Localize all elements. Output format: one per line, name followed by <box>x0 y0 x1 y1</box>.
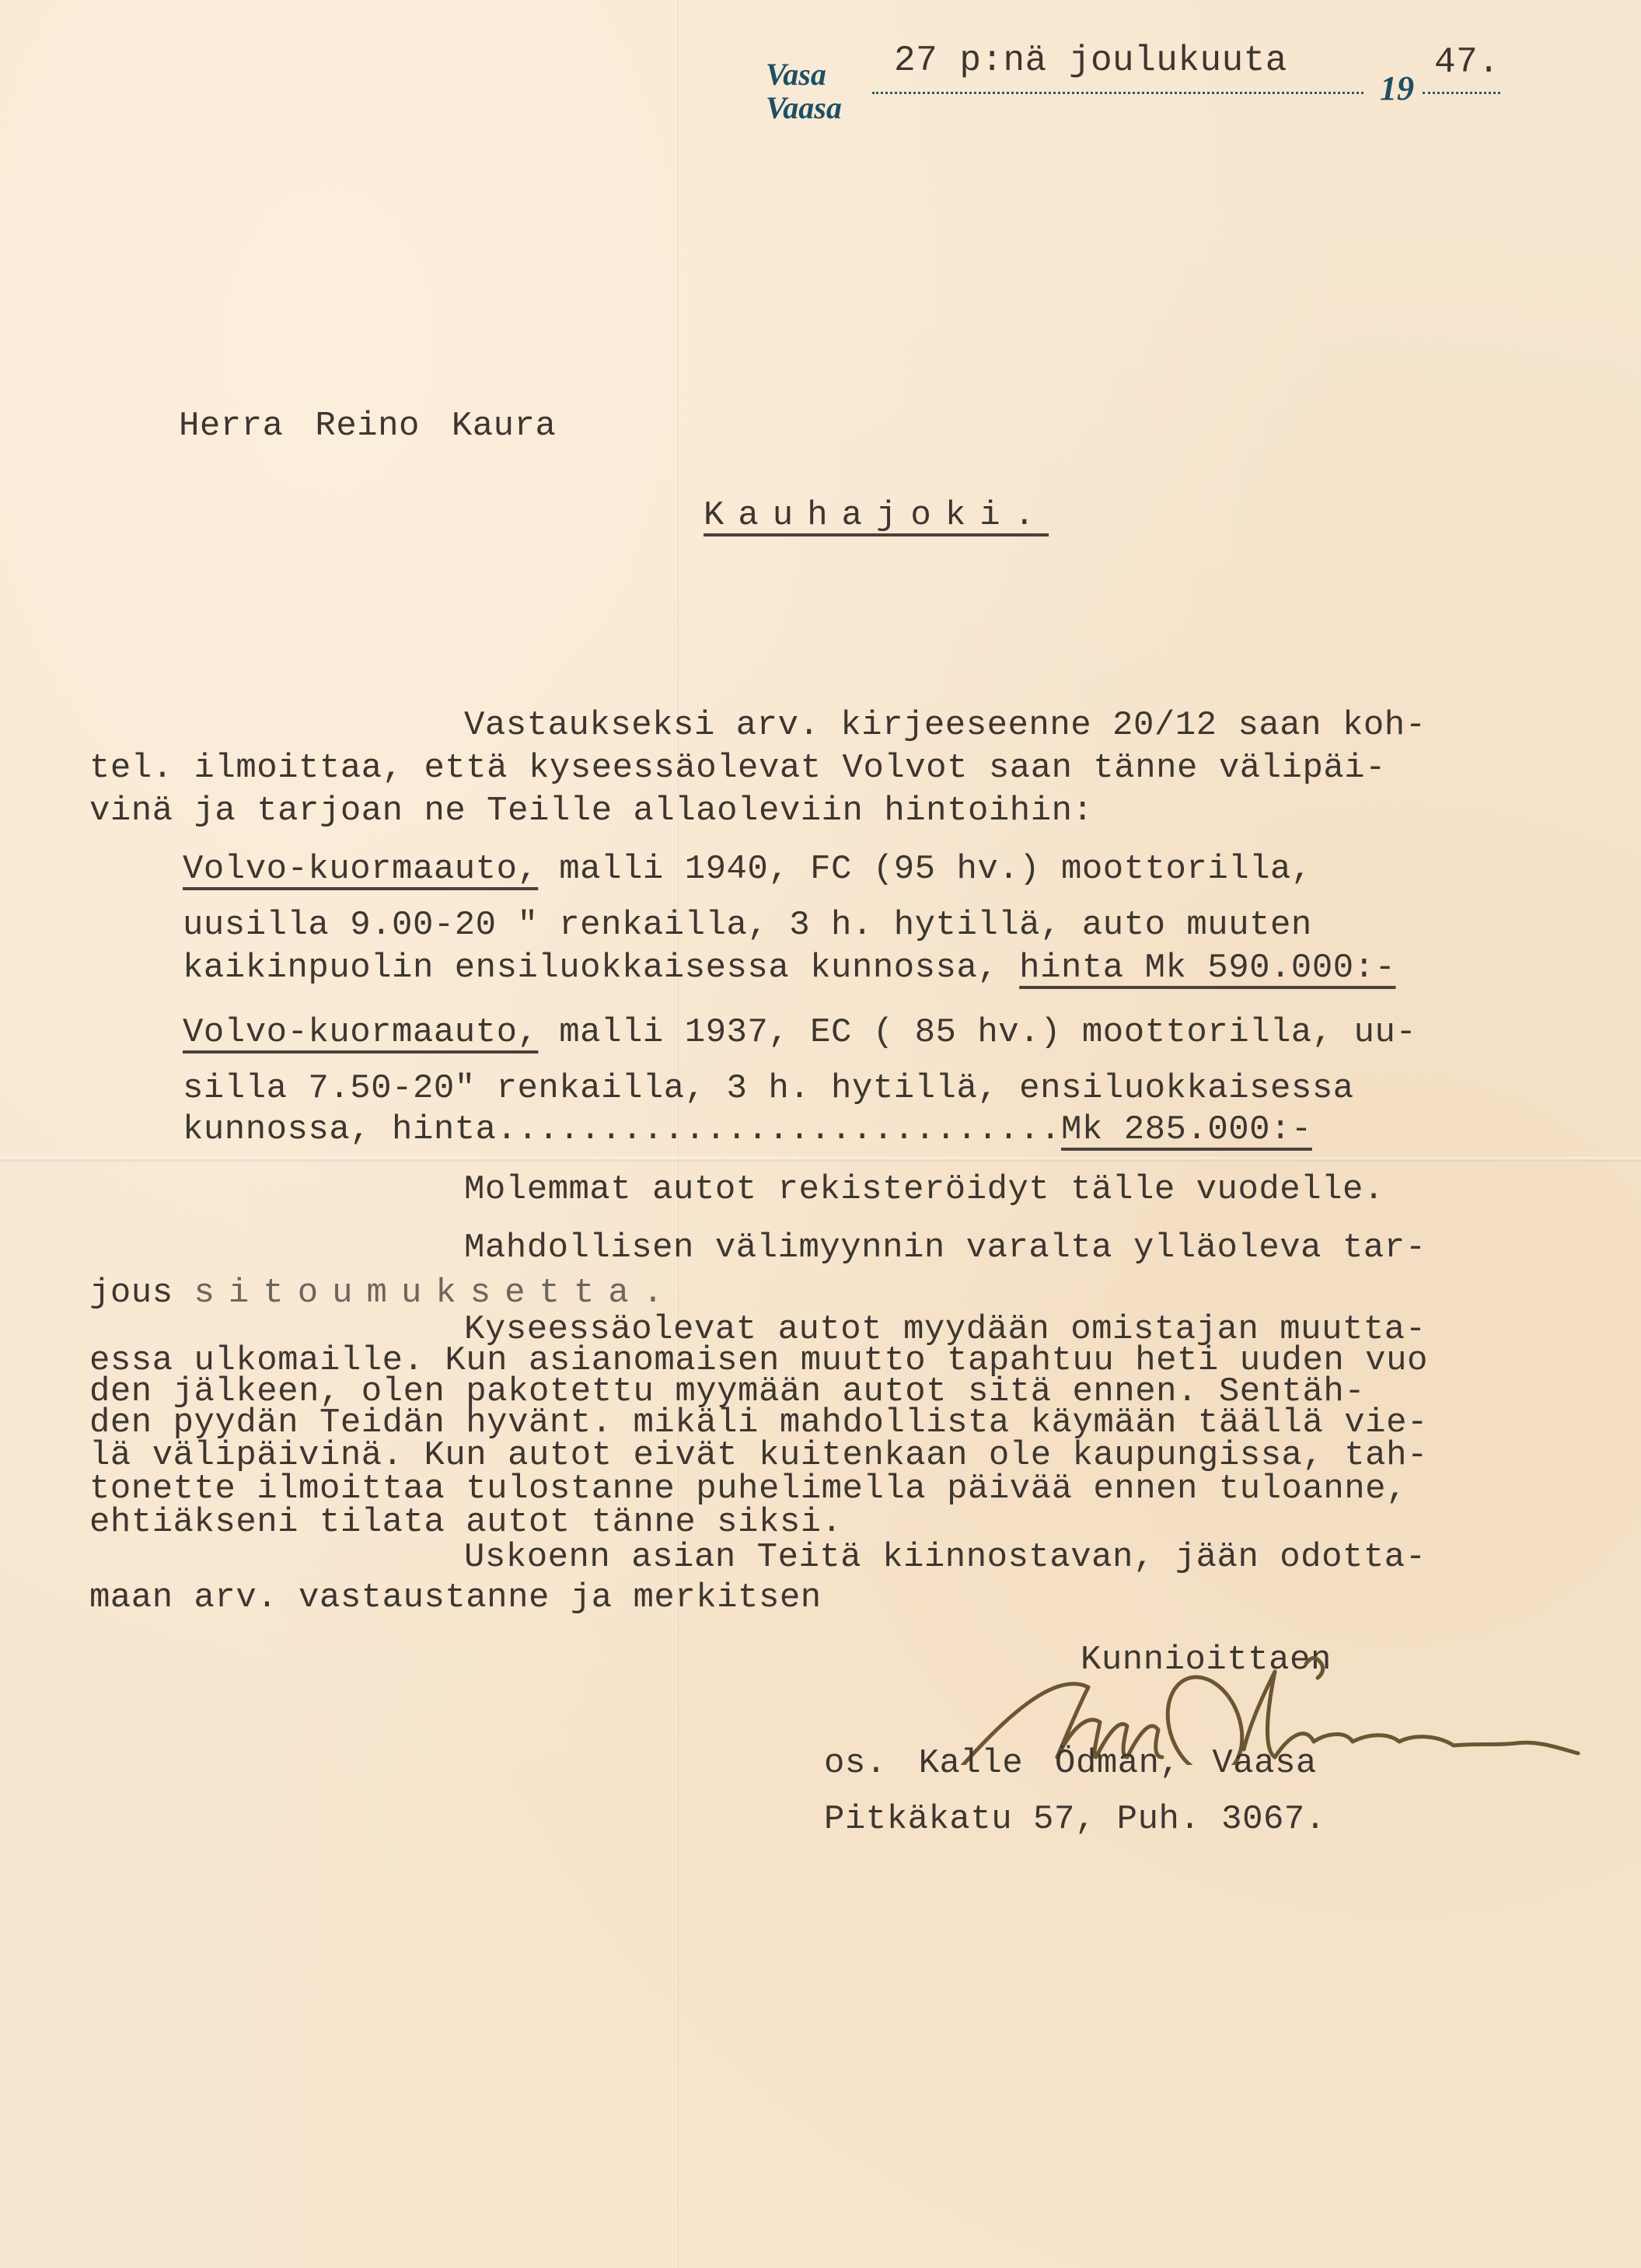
paper-fold-horizontal <box>0 1157 1641 1162</box>
sender-address-line: Pitkäkatu 57, Puh. 3067. <box>824 1800 1326 1839</box>
offer2-line-1: Volvo-kuormaauto, malli 1937, EC ( 85 hv… <box>183 1013 1416 1052</box>
offer2-line-2: silla 7.50-20" renkailla, 3 h. hytillä, … <box>183 1069 1354 1108</box>
offer2-condition: kunnossa, hinta.........................… <box>183 1110 1061 1149</box>
registration-note: Molemmat autot rekisteröidyt tälle vuode… <box>464 1170 1384 1209</box>
para-line-7: ehtiäkseni tilata autot tänne siksi. <box>89 1503 843 1542</box>
offer1-line-1: Volvo-kuormaauto, malli 1940, FC (95 hv.… <box>183 850 1312 889</box>
offer1-spec: malli 1940, FC (95 hv.) moottorilla, <box>538 850 1311 889</box>
offer2-title: Volvo-kuormaauto, <box>183 1013 538 1052</box>
sender-name-line: os. Kalle Ödman, Vaasa <box>824 1744 1317 1783</box>
date-text: 27 p:nä joulukuuta <box>894 40 1287 81</box>
offer1-line-2: uusilla 9.00-20 " renkailla, 3 h. hytill… <box>183 906 1312 945</box>
year-suffix: 47. <box>1434 42 1500 82</box>
reservation-without-commitment: sitoumuksetta. <box>194 1274 678 1312</box>
intro-line-1: Vastaukseksi arv. kirjeeseenne 20/12 saa… <box>464 706 1426 745</box>
recipient-place: Kauhajoki. <box>704 496 1049 535</box>
reservation-line-1: Mahdollisen välimyynnin varalta ylläolev… <box>464 1228 1426 1267</box>
closing-line-2: maan arv. vastaustanne ja merkitsen <box>89 1578 822 1617</box>
date-dotted-line <box>872 92 1363 94</box>
offer1-price: hinta Mk 590.000:- <box>1019 949 1395 987</box>
intro-line-3: vinä ja tarjoan ne Teille allaoleviin hi… <box>89 792 1093 830</box>
year-dotted-line <box>1423 92 1500 94</box>
year-prefix: 19 <box>1380 68 1414 108</box>
offer1-condition: kaikinpuolin ensiluokkaisessa kunnossa, <box>183 949 1019 987</box>
reservation-offer-word: jous <box>89 1274 194 1312</box>
closing-line-1: Uskoenn asian Teitä kiinnostavan, jään o… <box>464 1538 1426 1577</box>
offer1-title: Volvo-kuormaauto, <box>183 850 538 889</box>
reservation-line-2: jous sitoumuksetta. <box>89 1274 677 1312</box>
recipient-name: Herra Reino Kaura <box>179 407 556 446</box>
offer2-line-3: kunnossa, hinta.........................… <box>183 1110 1312 1149</box>
intro-line-2: tel. ilmoittaa, että kyseessäolevat Volv… <box>89 749 1386 788</box>
offer1-line-3: kaikinpuolin ensiluokkaisessa kunnossa, … <box>183 949 1395 987</box>
letterhead-city-finnish: Vaasa <box>766 89 842 126</box>
offer2-price: Mk 285.000:- <box>1061 1110 1312 1149</box>
letterhead-city-swedish: Vasa <box>766 56 826 93</box>
offer2-spec: malli 1937, EC ( 85 hv.) moottorilla, uu… <box>538 1013 1416 1052</box>
